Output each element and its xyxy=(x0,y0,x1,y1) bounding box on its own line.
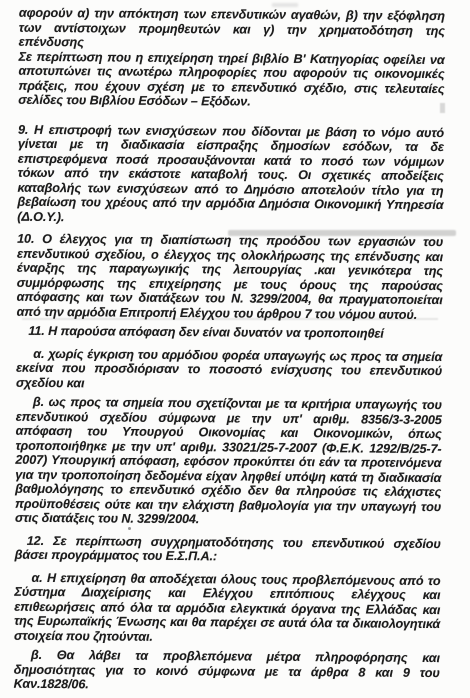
paragraph-clause-11-item-b: β. ως προς τα σημεία που σχετίζονται με … xyxy=(15,395,442,529)
paragraph-clause-12: 12. Σε περίπτωση συγχρηματοδότησης του ε… xyxy=(15,533,441,565)
paragraph-clause-11-item-a: α. χωρίς έγκριση του αρμόδιου φορέα υπαγ… xyxy=(16,346,442,393)
paragraph-intro-continuation: αφορούν α) την απόκτηση των επενδυτικών … xyxy=(19,6,445,53)
paragraph-clause-10: 10. Ο έλεγχος για τη διαπίστωση της προό… xyxy=(17,232,444,322)
paragraph-clause-9: 9. Η επιστροφή των ενισχύσεων που δίδοντ… xyxy=(17,122,444,227)
paragraph-clause-12-item-a: α. Η επιχείρηση θα αποδέχεται όλους τους… xyxy=(14,570,441,646)
paragraph-clause-11: 11. Η παρούσα απόφαση δεν είναι δυνατόν … xyxy=(16,324,442,342)
scanned-page: αφορούν α) την απόκτηση των επενδυτικών … xyxy=(0,0,470,698)
paragraph-clause-12-item-b: β. Θα λάβει τα προβλεπόμενα μέτρα πληροφ… xyxy=(14,648,440,695)
document-text-block: αφορούν α) την απόκτηση των επενδυτικών … xyxy=(14,6,445,695)
scan-smudge-top-artifact xyxy=(272,3,298,7)
paragraph-books-category-b-note: Σε περίπτωση που η επιχείρηση τηρεί βιβλ… xyxy=(18,49,444,110)
